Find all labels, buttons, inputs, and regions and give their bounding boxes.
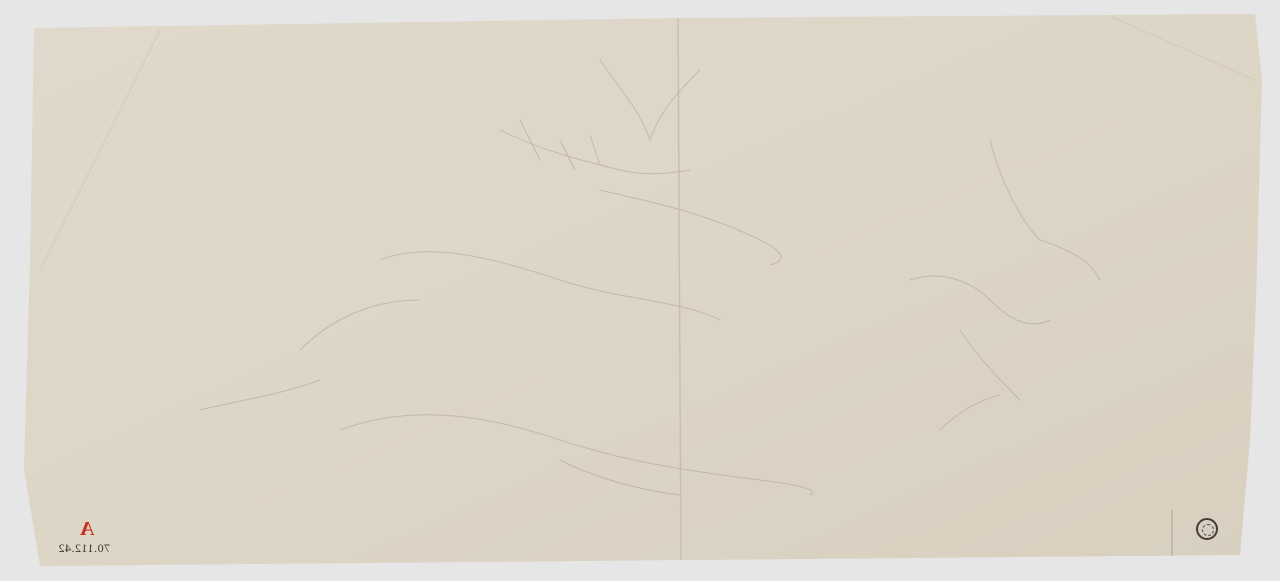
collector-stamp-icon (1196, 518, 1218, 540)
inventory-number: 70.112.42 (58, 541, 110, 556)
letter-mark: A (80, 518, 94, 541)
paper (24, 14, 1262, 566)
paper-sheet (0, 0, 1280, 581)
